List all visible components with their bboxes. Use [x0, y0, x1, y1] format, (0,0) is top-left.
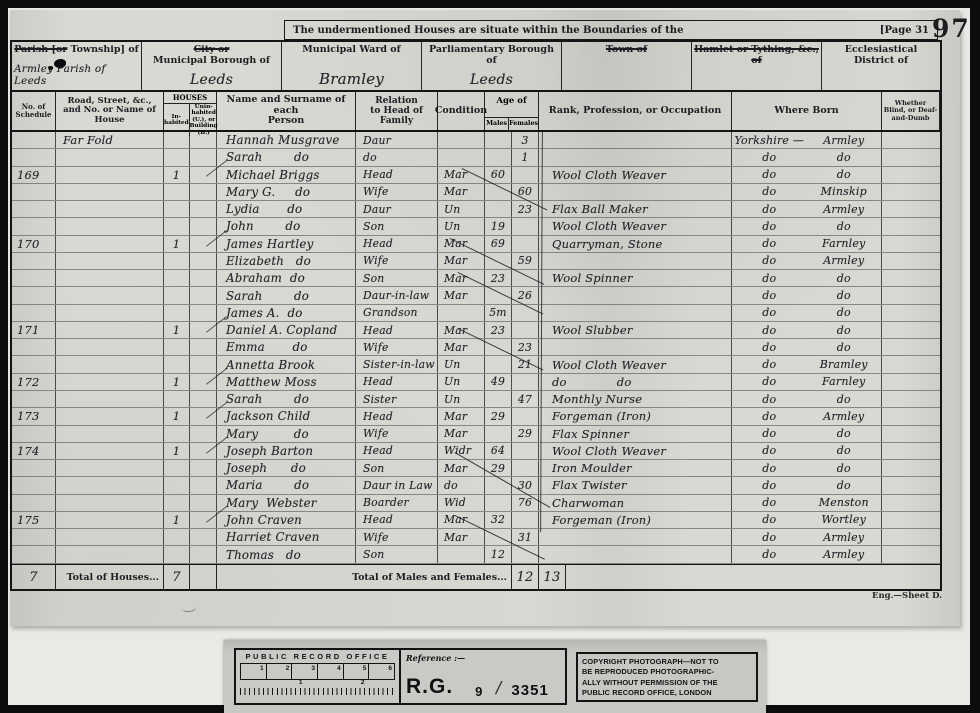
ecclesiastical-cell: Ecclesiastical District of: [822, 42, 940, 90]
cell-schedule: [12, 218, 56, 234]
cell-uninhabited: [190, 149, 217, 165]
born-place: do: [807, 393, 882, 406]
cell-schedule: [12, 253, 56, 269]
cell-age-male: [485, 477, 512, 493]
cell-blind: [882, 270, 940, 286]
cell-occupation: [539, 287, 732, 303]
cell-where-born: do do: [732, 287, 882, 303]
cell-where-born: do do: [732, 305, 882, 321]
cell-address: [56, 270, 164, 286]
cell-uninhabited: [190, 305, 217, 321]
cell-age-female: 1: [512, 149, 539, 165]
cell-condition: [438, 546, 485, 562]
cell-relation: Head: [356, 322, 438, 338]
cell-where-born: do Menston: [732, 495, 882, 511]
cell-where-born: do do: [732, 391, 882, 407]
table-row: Harriet Craven Wife Mar 31 do Armley: [12, 529, 940, 546]
cell-relation: Grandson: [356, 305, 438, 321]
cell-where-born: do do: [732, 167, 882, 183]
cell-blind: [882, 512, 940, 528]
table-row: Elizabeth do Wife Mar 59 do Armley: [12, 253, 940, 270]
cell-blind: [882, 184, 940, 200]
cell-where-born: do do: [732, 426, 882, 442]
cell-age-male: 64: [485, 443, 512, 459]
cell-inhabited: [164, 339, 190, 355]
born-place: Farnley: [807, 375, 882, 388]
cell-inhabited: 1: [164, 512, 190, 528]
cell-condition: [438, 132, 485, 148]
cell-age-male: [485, 132, 512, 148]
cell-address: [56, 460, 164, 476]
cell-age-female: [512, 322, 539, 338]
table-row: Mary do Wife Mar 29 Flax Spinner do do: [12, 426, 940, 443]
cell-schedule: [12, 477, 56, 493]
header-houses: HOUSES: [164, 92, 216, 104]
town-cell: Town of: [562, 42, 692, 90]
cell-age-male: [485, 149, 512, 165]
cell-address: Far Fold: [56, 132, 164, 148]
ink-blot: [48, 66, 53, 70]
cell-uninhabited: [190, 512, 217, 528]
cell-uninhabited: [190, 495, 217, 511]
cell-inhabited: [164, 495, 190, 511]
cell-age-male: [485, 201, 512, 217]
born-place: Armley: [807, 531, 882, 544]
cell-inhabited: [164, 253, 190, 269]
table-row: Lydia do Daur Un 23 Flax Ball Maker do A…: [12, 201, 940, 218]
cell-blind: [882, 132, 940, 148]
cell-age-female: [512, 512, 539, 528]
cell-address: [56, 408, 164, 424]
header-males: Males: [485, 118, 509, 130]
cell-condition: Un: [438, 391, 485, 407]
cell-age-male: [485, 426, 512, 442]
cell-occupation: [539, 132, 732, 148]
born-place: do: [807, 427, 882, 440]
cell-relation: Sister-in-law: [356, 356, 438, 372]
cell-name: Matthew Moss: [217, 374, 356, 390]
cell-condition: Mar: [438, 408, 485, 424]
cell-schedule: [12, 460, 56, 476]
cell-age-female: 30: [512, 477, 539, 493]
cell-inhabited: [164, 270, 190, 286]
cell-address: [56, 167, 164, 183]
cell-name: Hannah Musgrave: [217, 132, 356, 148]
town-label: Town of: [606, 45, 647, 56]
born-county: Yorkshire —: [732, 134, 807, 147]
born-place: do: [807, 151, 882, 164]
cell-occupation: Monthly Nurse: [539, 391, 732, 407]
table-row: Joseph do Son Mar 29 Iron Moulder do do: [12, 460, 940, 477]
born-place: Armley: [807, 134, 882, 147]
cell-uninhabited: [190, 270, 217, 286]
cell-uninhabited: [190, 391, 217, 407]
born-place: do: [807, 444, 882, 457]
cell-uninhabited: [190, 339, 217, 355]
born-place: do: [807, 220, 882, 233]
cell-name: Abraham do: [217, 270, 356, 286]
cell-condition: Wid: [438, 495, 485, 511]
born-county: do: [732, 237, 807, 250]
cell-occupation: Wool Cloth Weaver: [539, 218, 732, 234]
cell-schedule: [12, 305, 56, 321]
cell-uninhabited: [190, 443, 217, 459]
cell-condition: Mar: [438, 529, 485, 545]
cell-address: [56, 512, 164, 528]
born-place: Wortley: [807, 513, 882, 526]
cell-occupation: Wool Spinner: [539, 270, 732, 286]
born-county: do: [732, 393, 807, 406]
cell-occupation: Iron Moulder: [539, 460, 732, 476]
ruler-scale-icon: 123456: [240, 663, 395, 680]
cell-blind: [882, 322, 940, 338]
born-place: do: [807, 462, 882, 475]
header-road: Road, Street, &c., and No. or Name of Ho…: [56, 92, 164, 130]
cell-uninhabited: [190, 529, 217, 545]
table-row: Abraham do Son Mar 23 Wool Spinner do do: [12, 270, 940, 287]
cell-address: [56, 529, 164, 545]
cell-condition: Mar: [438, 287, 485, 303]
header-born: Where Born: [732, 92, 882, 130]
cell-where-born: do do: [732, 322, 882, 338]
cell-condition: Un: [438, 374, 485, 390]
cell-occupation: Forgeman (Iron): [539, 408, 732, 424]
cell-uninhabited: [190, 287, 217, 303]
cell-age-female: [512, 167, 539, 183]
cell-inhabited: [164, 201, 190, 217]
cell-name: John do: [217, 218, 356, 234]
cell-schedule: 169: [12, 167, 56, 183]
cell-address: [56, 253, 164, 269]
cell-relation: Daur in Law: [356, 477, 438, 493]
cell-age-female: 47: [512, 391, 539, 407]
table-row: Thomas do Son 12 do Armley: [12, 546, 940, 563]
born-county: do: [732, 185, 807, 198]
cell-blind: [882, 305, 940, 321]
cell-relation: Son: [356, 460, 438, 476]
born-county: do: [732, 444, 807, 457]
cell-relation: Son: [356, 270, 438, 286]
cell-name: Michael Briggs: [217, 167, 356, 183]
reference-series: R.G.: [406, 675, 453, 699]
table-row: Sarah do Sister Un 47 Monthly Nurse do d…: [12, 391, 940, 408]
cell-occupation: [539, 339, 732, 355]
cell-condition: do: [438, 477, 485, 493]
pro-title: PUBLIC RECORD OFFICE: [240, 652, 395, 661]
born-place: do: [807, 289, 882, 302]
cell-name: Mary do: [217, 426, 356, 442]
born-place: Menston: [807, 496, 882, 509]
cell-inhabited: [164, 460, 190, 476]
cell-age-male: [485, 391, 512, 407]
cell-age-male: [485, 495, 512, 511]
cell-inhabited: [164, 391, 190, 407]
cell-blind: [882, 236, 940, 252]
cell-relation: Head: [356, 236, 438, 252]
cell-condition: Un: [438, 356, 485, 372]
table-row: Sarah do Daur-in-law Mar 26 do do: [12, 287, 940, 304]
cell-age-male: 69: [485, 236, 512, 252]
cell-occupation: Quarryman, Stone: [539, 236, 732, 252]
cell-condition: Mar: [438, 253, 485, 269]
cell-blind: [882, 391, 940, 407]
cell-address: [56, 201, 164, 217]
cell-inhabited: 1: [164, 374, 190, 390]
pencil-squiggle: [182, 603, 197, 613]
cell-address: [56, 322, 164, 338]
ward-cell: Municipal Ward of Bramley: [282, 42, 422, 90]
header-name: Name and Surname of each Person: [217, 92, 356, 130]
column-header-row: No. of Schedule Road, Street, &c., and N…: [12, 92, 940, 132]
born-place: Armley: [807, 410, 882, 423]
born-county: do: [732, 358, 807, 371]
cell-uninhabited: [190, 201, 217, 217]
born-county: do: [732, 168, 807, 181]
cell-name: Mary G. do: [217, 184, 356, 200]
cell-uninhabited: [190, 322, 217, 338]
cell-where-born: do Armley: [732, 546, 882, 562]
cell-blind: [882, 460, 940, 476]
born-county: do: [732, 254, 807, 267]
boundaries-note: The undermentioned Houses are situate wi…: [293, 25, 683, 36]
cell-schedule: 171: [12, 322, 56, 338]
cell-blind: [882, 218, 940, 234]
cell-name: Elizabeth do: [217, 253, 356, 269]
cell-schedule: [12, 339, 56, 355]
cell-occupation: [539, 253, 732, 269]
cell-inhabited: 1: [164, 236, 190, 252]
cell-address: [56, 339, 164, 355]
cell-address: [56, 477, 164, 493]
cell-relation: do: [356, 149, 438, 165]
cell-uninhabited: [190, 408, 217, 424]
parish-cell: Parish [or Township] of Armley Parish of…: [12, 42, 142, 90]
cell-schedule: [12, 184, 56, 200]
cell-uninhabited: [190, 218, 217, 234]
cell-age-female: 31: [512, 529, 539, 545]
table-row: Sarah do do 1 do do: [12, 149, 940, 166]
cell-blind: [882, 167, 940, 183]
cell-address: [56, 287, 164, 303]
cell-address: [56, 218, 164, 234]
cell-age-male: 29: [485, 408, 512, 424]
cell-address: [56, 426, 164, 442]
cell-age-male: 32: [485, 512, 512, 528]
cell-relation: Son: [356, 218, 438, 234]
reference-slash: /: [494, 678, 503, 699]
cell-age-female: [512, 443, 539, 459]
table-row: 174 1 Joseph Barton Head Widr 64 Wool Cl…: [12, 443, 940, 460]
cell-address: [56, 443, 164, 459]
cell-age-male: 23: [485, 270, 512, 286]
borough-label: City orMunicipal Borough of: [153, 45, 270, 67]
cell-inhabited: [164, 305, 190, 321]
born-place: Minskip: [807, 185, 882, 198]
cell-blind: [882, 495, 940, 511]
cell-relation: Daur: [356, 201, 438, 217]
born-place: do: [807, 341, 882, 354]
cell-where-born: do Armley: [732, 408, 882, 424]
boundaries-header: The undermentioned Houses are situate wi…: [284, 20, 938, 40]
cell-occupation: [539, 529, 732, 545]
cell-occupation: [539, 546, 732, 562]
cell-age-female: 3: [512, 132, 539, 148]
cell-condition: Mar: [438, 270, 485, 286]
born-county: do: [732, 151, 807, 164]
cell-schedule: 170: [12, 236, 56, 252]
cell-blind: [882, 546, 940, 562]
born-place: Farnley: [807, 237, 882, 250]
cell-occupation: Flax Ball Maker: [539, 201, 732, 217]
cell-where-born: do Armley: [732, 529, 882, 545]
cell-address: [56, 495, 164, 511]
cell-inhabited: [164, 356, 190, 372]
table-row: Emma do Wife Mar 23 do do: [12, 339, 940, 356]
cell-blind: [882, 339, 940, 355]
cell-uninhabited: [190, 460, 217, 476]
cell-name: Daniel A. Copland: [217, 322, 356, 338]
borough-cell: City orMunicipal Borough of Leeds: [142, 42, 282, 90]
cell-relation: Daur-in-law: [356, 287, 438, 303]
born-place: Armley: [807, 203, 882, 216]
born-county: do: [732, 220, 807, 233]
cell-where-born: do do: [732, 460, 882, 476]
header-condition: Condition: [438, 92, 485, 130]
total-females: 13: [539, 565, 566, 589]
cell-blind: [882, 287, 940, 303]
cell-name: Annetta Brook: [217, 356, 356, 372]
borough-value: Leeds: [190, 72, 233, 88]
table-row: Annetta Brook Sister-in-law Un 21 Wool C…: [12, 356, 940, 373]
table-row: 172 1 Matthew Moss Head Un 49 do do do F…: [12, 374, 940, 391]
ecclesiastical-label: Ecclesiastical District of: [824, 45, 938, 67]
cell-relation: Son: [356, 546, 438, 562]
cell-schedule: [12, 270, 56, 286]
cell-inhabited: 1: [164, 443, 190, 459]
cell-relation: Head: [356, 408, 438, 424]
table-row: Mary G. do Wife Mar 60 do Minskip: [12, 184, 940, 201]
header-females: Females: [509, 118, 538, 130]
total-schedules: 7: [12, 565, 56, 589]
cell-inhabited: [164, 218, 190, 234]
cell-condition: [438, 149, 485, 165]
cell-relation: Head: [356, 512, 438, 528]
header-age-group: Age of Males Females: [485, 92, 539, 130]
cell-relation: Daur: [356, 132, 438, 148]
parl-borough-cell: Parliamentary Borough of Leeds: [422, 42, 562, 90]
cell-where-born: do do: [732, 339, 882, 355]
cell-occupation: Flax Spinner: [539, 426, 732, 442]
cell-where-born: do Armley: [732, 201, 882, 217]
born-county: do: [732, 341, 807, 354]
cell-schedule: 174: [12, 443, 56, 459]
cell-schedule: [12, 546, 56, 562]
cell-address: [56, 149, 164, 165]
cell-where-born: do do: [732, 443, 882, 459]
cell-blind: [882, 408, 940, 424]
cell-schedule: [12, 495, 56, 511]
cell-blind: [882, 149, 940, 165]
born-county: do: [732, 496, 807, 509]
table-row: James A. do Grandson 5m do do: [12, 305, 940, 322]
cell-inhabited: [164, 132, 190, 148]
cell-blind: [882, 529, 940, 545]
born-county: do: [732, 375, 807, 388]
cell-uninhabited: [190, 356, 217, 372]
ink-blot: [54, 59, 66, 68]
cell-schedule: 173: [12, 408, 56, 424]
cell-condition: Mar: [438, 184, 485, 200]
cell-name: Sarah do: [217, 391, 356, 407]
cell-where-born: do Bramley: [732, 356, 882, 372]
entry-rows: Far Fold Hannah Musgrave Daur 3 Yorkshir…: [12, 132, 940, 564]
total-houses-label: Total of Houses...: [56, 565, 164, 589]
cell-uninhabited: [190, 477, 217, 493]
cell-uninhabited: [190, 374, 217, 390]
cell-address: [56, 546, 164, 562]
cell-occupation: [539, 149, 732, 165]
cell-occupation: do do: [539, 374, 732, 390]
table-row: 173 1 Jackson Child Head Mar 29 Forgeman…: [12, 408, 940, 425]
cell-relation: Wife: [356, 339, 438, 355]
cell-uninhabited: [190, 253, 217, 269]
born-county: do: [732, 306, 807, 319]
cell-name: Lydia do: [217, 201, 356, 217]
cell-schedule: 172: [12, 374, 56, 390]
pro-title-box: PUBLIC RECORD OFFICE 123456 12: [236, 650, 401, 703]
table-row: John do Son Un 19 Wool Cloth Weaver do d…: [12, 218, 940, 235]
cell-inhabited: [164, 287, 190, 303]
cell-inhabited: 1: [164, 408, 190, 424]
cell-occupation: [539, 305, 732, 321]
born-county: do: [732, 531, 807, 544]
table-row: Far Fold Hannah Musgrave Daur 3 Yorkshir…: [12, 132, 940, 149]
cell-address: [56, 374, 164, 390]
born-place: do: [807, 168, 882, 181]
born-place: do: [807, 324, 882, 337]
parl-borough-label: Parliamentary Borough of: [424, 45, 559, 67]
cell-blind: [882, 426, 940, 442]
cell-age-female: 23: [512, 339, 539, 355]
header-blind: Whether Blind, or Deaf- and-Dumb: [882, 92, 940, 130]
cell-age-male: 23: [485, 322, 512, 338]
cell-name: Sarah do: [217, 287, 356, 303]
cell-occupation: Wool Cloth Weaver: [539, 167, 732, 183]
cell-age-female: [512, 460, 539, 476]
born-place: do: [807, 272, 882, 285]
total-houses-value: 7: [164, 565, 190, 589]
census-table: Parish [or Township] of Armley Parish of…: [10, 40, 942, 591]
cell-schedule: [12, 201, 56, 217]
cell-where-born: do do: [732, 270, 882, 286]
parish-label: Parish [or Township] of: [14, 45, 139, 56]
born-place: Armley: [807, 254, 882, 267]
cell-relation: Wife: [356, 426, 438, 442]
ward-label: Municipal Ward of: [302, 45, 400, 56]
cell-schedule: [12, 356, 56, 372]
cell-age-female: [512, 270, 539, 286]
cell-schedule: [12, 149, 56, 165]
cell-occupation: [539, 184, 732, 200]
cell-inhabited: [164, 149, 190, 165]
cell-schedule: 175: [12, 512, 56, 528]
reference-box: Reference :— R.G. 9 / 3351: [401, 650, 565, 703]
born-county: do: [732, 427, 807, 440]
copyright-notice: COPYRIGHT PHOTOGRAPH—NOT TO BE REPRODUCE…: [576, 652, 758, 702]
cell-occupation: Wool Cloth Weaver: [539, 356, 732, 372]
cell-where-born: do Farnley: [732, 236, 882, 252]
cell-address: [56, 391, 164, 407]
